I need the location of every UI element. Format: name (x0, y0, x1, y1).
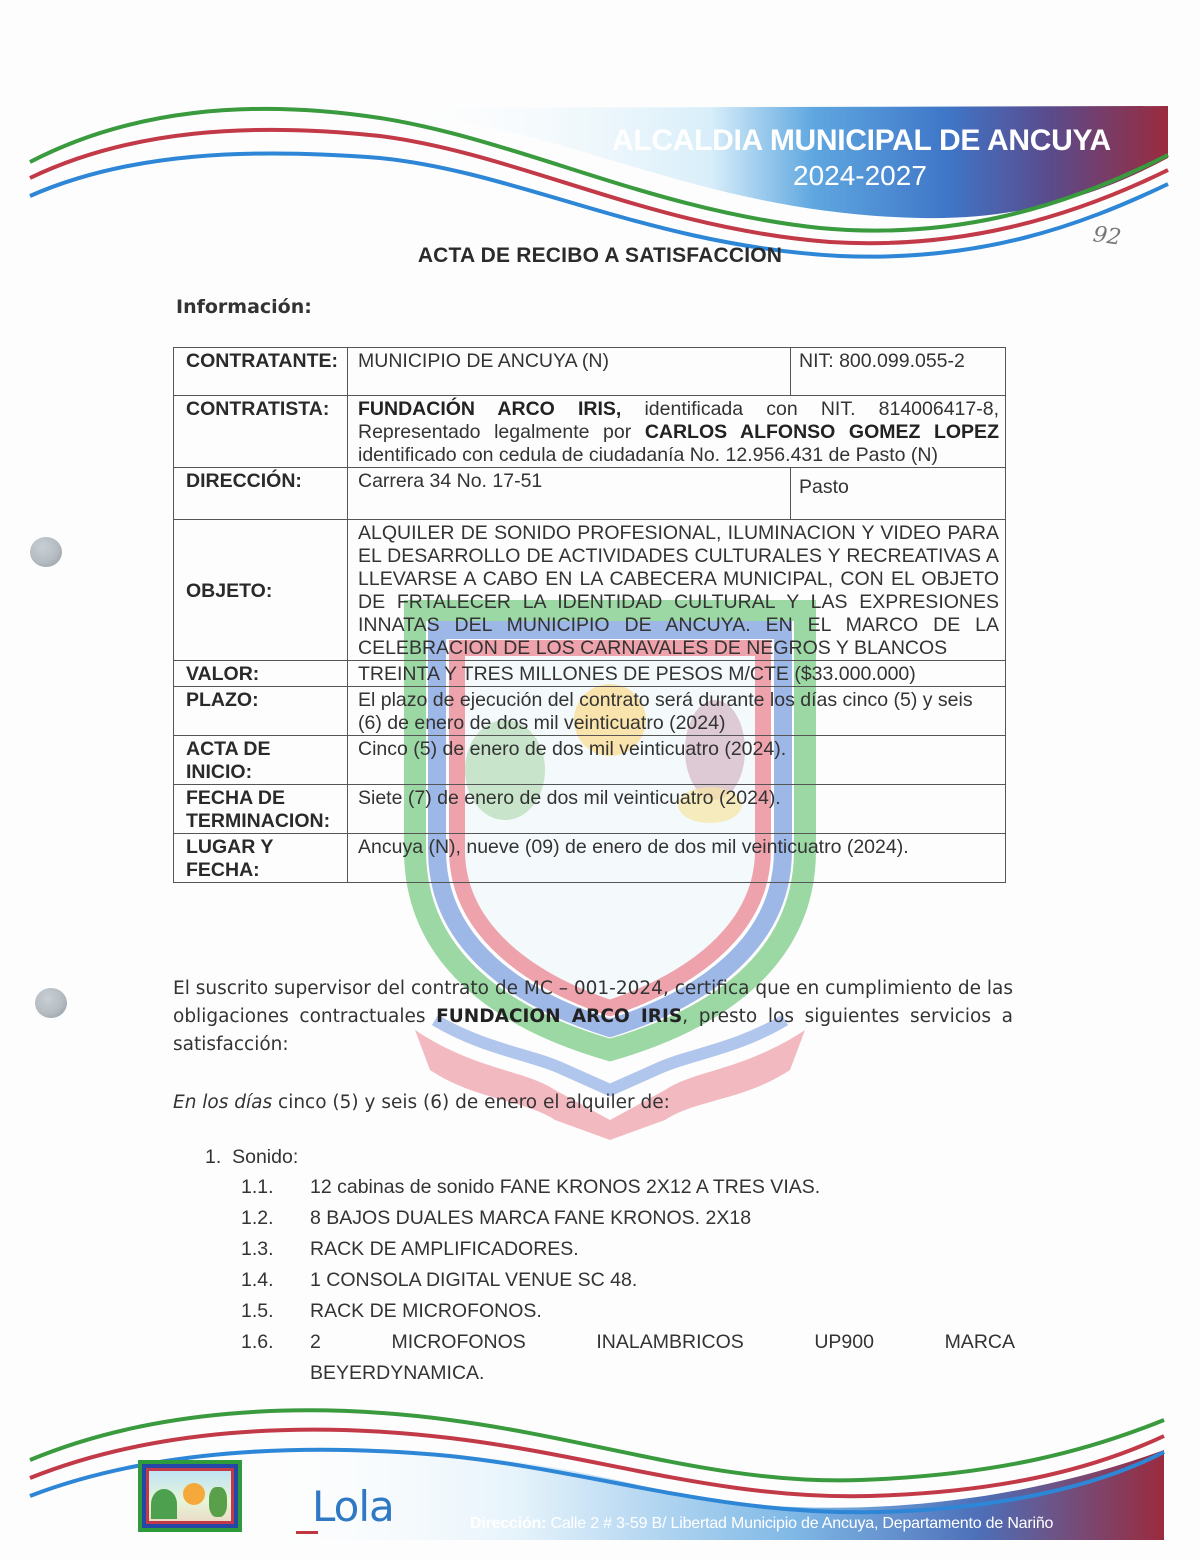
contratista-label: CONTRATISTA: (174, 396, 348, 468)
plazo-label: PLAZO: (174, 687, 348, 736)
list-item: 1.6.2 MICROFONOS INALAMBRICOS UP900 MARC… (205, 1327, 1015, 1358)
table-row: DIRECCIÓN: Carrera 34 No. 17-51 Pasto (174, 468, 1006, 520)
table-row: CONTRATISTA: FUNDACIÓN ARCO IRIS, identi… (174, 396, 1006, 468)
footer-address: Dirección: Calle 2 # 3-59 B/ Libertad Mu… (470, 1515, 1053, 1533)
valor-value: TREINTA Y TRES MILLONES DE PESOS M/CTE (… (348, 661, 1006, 687)
sun-icon (183, 1483, 205, 1505)
municipal-coat-of-arms (138, 1460, 242, 1532)
list-item: 1.1.12 cabinas de sonido FANE KRONOS 2X1… (205, 1172, 1015, 1203)
table-row: CONTRATANTE: MUNICIPIO DE ANCUYA (N) NIT… (174, 348, 1006, 396)
org-name: ALCALDIA MUNICIPAL DE ANCUYA (612, 124, 1111, 158)
fecha-terminacion-label: FECHA DE TERMINACION: (174, 785, 348, 834)
table-row: PLAZO: El plazo de ejecución del contrat… (174, 687, 1006, 736)
representative-name: CARLOS ALFONSO GOMEZ LOPEZ (645, 421, 999, 443)
brand-underline (296, 1531, 318, 1534)
table-row: LUGAR Y FECHA: Ancuya (N), nueve (09) de… (174, 834, 1006, 883)
objeto-label: OBJETO: (174, 520, 348, 661)
objeto-value: ALQUILER DE SONIDO PROFESIONAL, ILUMINAC… (348, 520, 1006, 661)
services-intro: En los días cinco (5) y seis (6) de ener… (173, 1089, 1013, 1117)
lugar-fecha-value: Ancuya (N), nueve (09) de enero de dos m… (348, 834, 1006, 883)
table-row: OBJETO: ALQUILER DE SONIDO PROFESIONAL, … (174, 520, 1006, 661)
table-row: FECHA DE TERMINACION: Siete (7) de enero… (174, 785, 1006, 834)
direccion-city: Pasto (791, 468, 1006, 520)
category-label: Sonido: (232, 1146, 298, 1168)
lugar-fecha-label: LUGAR Y FECHA: (174, 834, 348, 883)
services-list: 1. Sonido: 1.1.12 cabinas de sonido FANE… (205, 1142, 1015, 1389)
foundation-name: FUNDACION ARCO IRIS (436, 1006, 682, 1027)
list-item: 1.3.RACK DE AMPLIFICADORES. (205, 1234, 1015, 1265)
list-item: 1.5.RACK DE MICROFONOS. (205, 1296, 1015, 1327)
contratista-value: FUNDACIÓN ARCO IRIS, identificada con NI… (348, 396, 1006, 468)
list-item: 1. Sonido: (205, 1142, 1015, 1172)
contratista-name: FUNDACIÓN ARCO IRIS, (358, 398, 621, 420)
fecha-terminacion-value: Siete (7) de enero de dos mil veinticuat… (348, 785, 1006, 834)
direccion-label: DIRECCIÓN: (174, 468, 348, 520)
acta-inicio-label: ACTA DE INICIO: (174, 736, 348, 785)
list-item: 1.2.8 BAJOS DUALES MARCA FANE KRONOS. 2X… (205, 1203, 1015, 1234)
plazo-value: El plazo de ejecución del contrato será … (348, 687, 1006, 736)
acta-inicio-value: Cinco (5) de enero de dos mil veinticuat… (348, 736, 1006, 785)
list-item: 1.4.1 CONSOLA DIGITAL VENUE SC 48. (205, 1265, 1015, 1296)
contratante-nit: NIT: 800.099.055-2 (791, 348, 1006, 396)
contratante-label: CONTRATANTE: (174, 348, 348, 396)
certification-paragraph: El suscrito supervisor del contrato de M… (173, 975, 1013, 1059)
punch-hole (35, 988, 67, 1018)
valor-label: VALOR: (174, 661, 348, 687)
table-row: VALOR: TREINTA Y TRES MILLONES DE PESOS … (174, 661, 1006, 687)
document-title: ACTA DE RECIBO A SATISFACCION (0, 244, 1200, 268)
punch-hole (30, 537, 62, 567)
contract-info-table: CONTRATANTE: MUNICIPIO DE ANCUYA (N) NIT… (173, 347, 1006, 883)
footer-brand-logo: Lola (312, 1482, 394, 1531)
direccion-value: Carrera 34 No. 17-51 (348, 468, 791, 520)
administration-period: 2024-2027 (793, 160, 927, 192)
list-item-continuation: BEYERDYNAMICA. (205, 1358, 1015, 1389)
section-label: Información: (176, 296, 312, 318)
table-row: ACTA DE INICIO: Cinco (5) de enero de do… (174, 736, 1006, 785)
contratante-value: MUNICIPIO DE ANCUYA (N) (348, 348, 791, 396)
